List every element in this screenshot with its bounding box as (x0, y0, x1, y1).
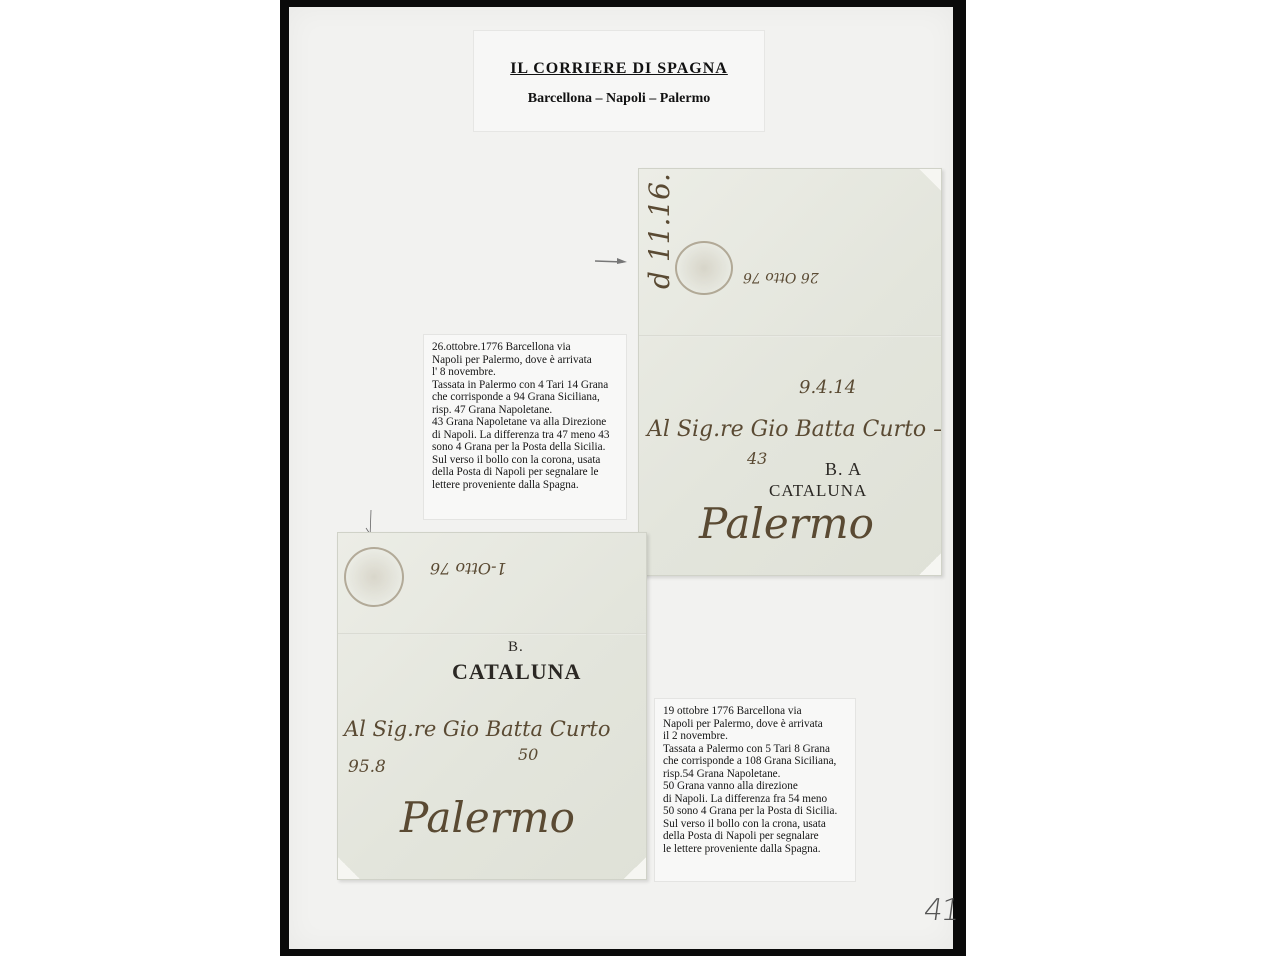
docket-note: 1-Otto 76 (430, 559, 507, 578)
description-line: di Napoli. La differenza fra 54 meno (663, 793, 847, 806)
fold-line (639, 335, 941, 337)
description-line: 19 ottobre 1776 Barcellona via (663, 705, 847, 718)
description-line: risp. 47 Grana Napoletane. (432, 404, 618, 417)
description-line: risp.54 Grana Napoletane. (663, 768, 847, 781)
photo-corner (919, 169, 941, 191)
description-card-1: 26.ottobre.1776 Barcellona via Napoli pe… (423, 334, 627, 520)
rate-marks: 50 (518, 745, 538, 764)
description-line: Tassata in Palermo con 4 Tari 14 Grana (432, 379, 618, 392)
rate-note: 95.8 (348, 757, 386, 777)
description-line: 26.ottobre.1776 Barcellona via (432, 341, 618, 354)
description-line: che corrisponde a 94 Grana Siciliana, (432, 391, 618, 404)
handwritten-date: d 11.16. (643, 173, 676, 289)
address-line: Al Sig.re Gio Batta Curto – (647, 417, 942, 442)
description-line: Napoli per Palermo, dove è arrivata (663, 718, 847, 731)
entire-letter-2: 1-Otto 76 B. CATALUNA Al Sig.re Gio Batt… (337, 532, 647, 880)
page-title: IL CORRIERE DI SPAGNA (474, 60, 764, 78)
rate-marks: 43 (747, 449, 767, 468)
description-line: Sul verso il bollo con la crona, usata (663, 818, 847, 831)
title-card: IL CORRIERE DI SPAGNA Barcellona – Napol… (473, 30, 765, 132)
crown-seal-icon (344, 547, 404, 607)
description-line: il 2 novembre. (663, 730, 847, 743)
description-line: Napoli per Palermo, dove è arrivata (432, 354, 618, 367)
description-line: le lettere proveniente dalla Spagna. (663, 843, 847, 856)
description-line: 50 Grana vanno alla direzione (663, 780, 847, 793)
description-line: Tassata a Palermo con 5 Tari 8 Grana (663, 743, 847, 756)
destination: Palermo (699, 499, 874, 548)
photo-corner (624, 857, 646, 879)
rate-note: 9.4.14 (799, 377, 856, 398)
description-line: lettere proveniente dalla Spagna. (432, 479, 618, 492)
description-line: 50 sono 4 Grana per la Posta di Sicilia. (663, 805, 847, 818)
description-line: l' 8 novembre. (432, 366, 618, 379)
postmark-line-1: B. (508, 639, 524, 656)
arrow-icon (595, 257, 627, 265)
photo-corner (338, 857, 360, 879)
postmark-line-2: CATALUNA (452, 659, 581, 685)
description-line: della Posta di Napoli per segnalare le (432, 466, 618, 479)
description-line: Sul verso il bollo con la corona, usata (432, 454, 618, 467)
description-line: della Posta di Napoli per segnalare (663, 830, 847, 843)
route-subtitle: Barcellona – Napoli – Palermo (474, 91, 764, 107)
crown-seal-icon (675, 241, 733, 295)
address-line: Al Sig.re Gio Batta Curto (344, 717, 610, 741)
photo-corner (919, 553, 941, 575)
description-line: 43 Grana Napoletane va alla Direzione (432, 416, 618, 429)
description-card-2: 19 ottobre 1776 Barcellona via Napoli pe… (654, 698, 856, 882)
description-line: che corrisponde a 108 Grana Siciliana, (663, 755, 847, 768)
page-number: 41 (922, 893, 961, 928)
postmark-line-2: CATALUNA (769, 481, 867, 501)
fold-line (338, 633, 646, 635)
description-line: sono 4 Grana per la Posta della Sicilia. (432, 441, 618, 454)
postmark-line-1: B. A (825, 459, 862, 480)
docket-note: 26 Otto 76 (743, 269, 819, 285)
entire-letter-1: d 11.16. 26 Otto 76 9.4.14 Al Sig.re Gio… (638, 168, 942, 576)
destination: Palermo (400, 793, 575, 842)
description-line: di Napoli. La differenza tra 47 meno 43 (432, 429, 618, 442)
